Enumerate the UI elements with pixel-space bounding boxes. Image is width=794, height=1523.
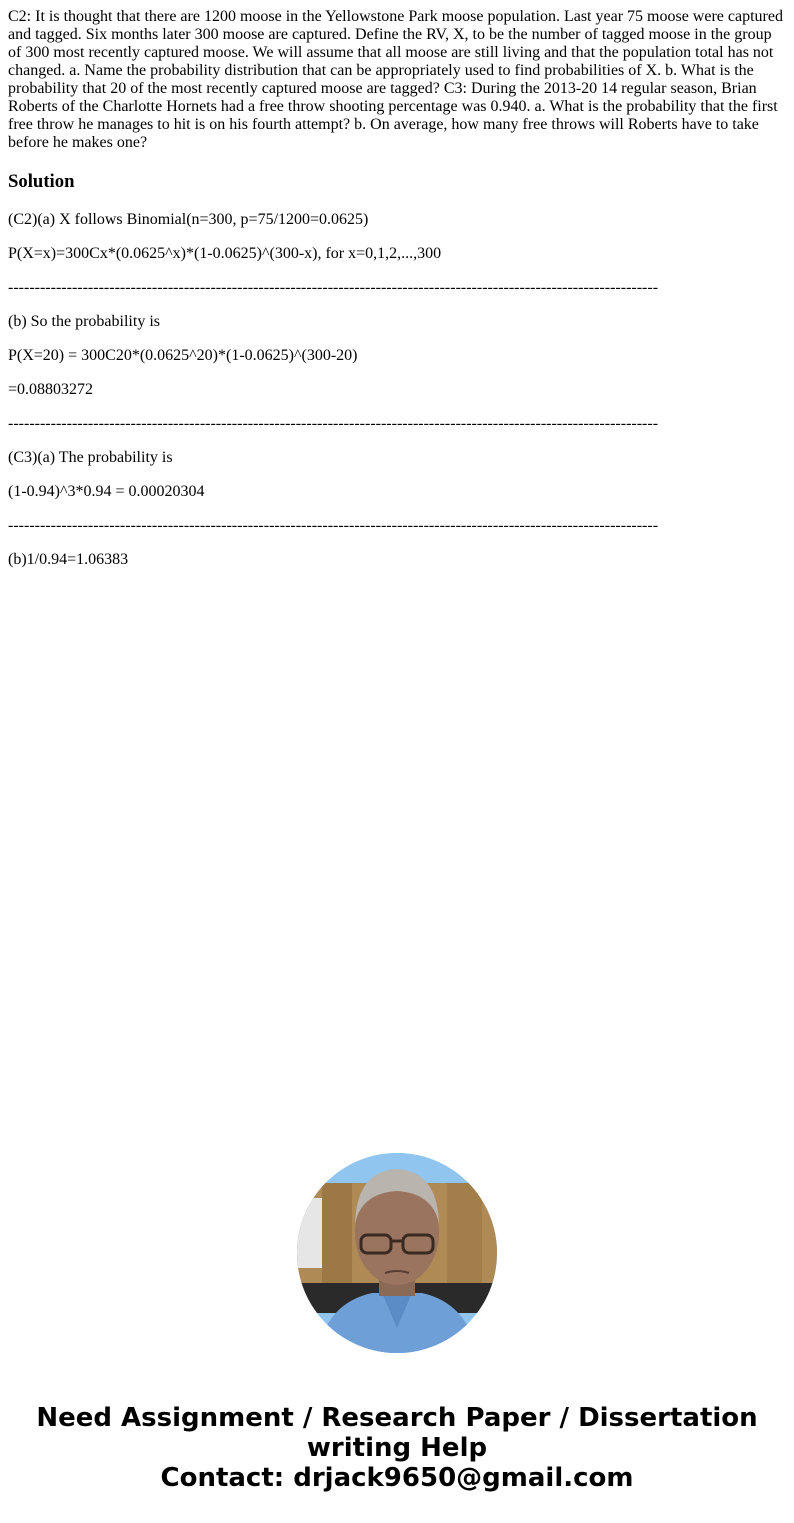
c2a-pmf: P(X=x)=300Cx*(0.0625^x)*(1-0.0625)^(300-… [8,245,786,263]
c2b-intro: (b) So the probability is [8,313,786,331]
c2b-formula: P(X=20) = 300C20*(0.0625^20)*(1-0.0625)^… [8,347,786,365]
question-text: C2: It is thought that there are 1200 mo… [8,8,786,152]
document-body: C2: It is thought that there are 1200 mo… [8,8,786,569]
promo-banner: Need Assignment / Research Paper / Disse… [0,1403,794,1493]
promo-line-2: writing Help [0,1433,794,1463]
solution-body: (C2)(a) X follows Binomial(n=300, p=75/1… [8,211,786,569]
solution-heading: Solution [8,171,786,193]
divider: ----------------------------------------… [8,517,786,535]
divider: ----------------------------------------… [8,415,786,433]
person-portrait-icon [297,1153,497,1353]
c3a-result: (1-0.94)^3*0.94 = 0.00020304 [8,483,786,501]
author-avatar [297,1153,497,1353]
promo-contact: Contact: drjack9650@gmail.com [0,1463,794,1493]
promo-line-1: Need Assignment / Research Paper / Disse… [0,1403,794,1433]
divider: ----------------------------------------… [8,279,786,297]
c3a-intro: (C3)(a) The probability is [8,449,786,467]
c3b-result: (b)1/0.94=1.06383 [8,551,786,569]
c2b-result: =0.08803272 [8,381,786,399]
c2a-distribution: (C2)(a) X follows Binomial(n=300, p=75/1… [8,211,786,229]
